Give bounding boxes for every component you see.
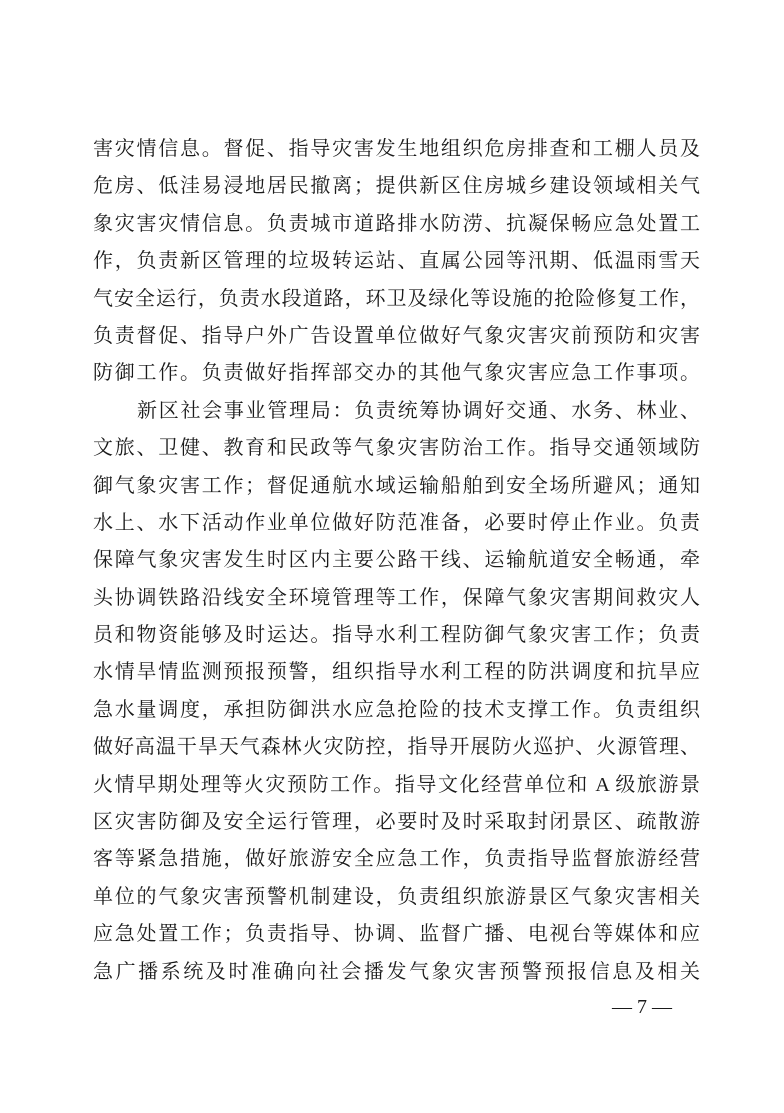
body-text-line: 头协调铁路沿线安全环境管理等工作，保障气象灾害期间救灾人 — [93, 580, 700, 617]
body-text-line: 御气象灾害工作；督促通航水域运输船舶到安全场所避风；通知 — [93, 468, 700, 505]
body-text-line: 单位的气象灾害预警机制建设，负责组织旅游景区气象灾害相关 — [93, 879, 700, 916]
body-text-line: 象灾害灾情信息。负责城市道路排水防涝、抗凝保畅应急处置工 — [93, 206, 700, 243]
body-text-line: 火情早期处理等火灾预防工作。指导文化经营单位和 A 级旅游景 — [93, 767, 700, 804]
page-number: — 7 — — [612, 994, 672, 1020]
body-text-line: 作，负责新区管理的垃圾转运站、直属公园等汛期、低温雨雪天 — [93, 243, 700, 280]
document-body-text: 害灾情信息。督促、指导灾害发生地组织危房排查和工棚人员及危房、低洼易浸地居民撤离… — [93, 131, 700, 991]
document-page: 害灾情信息。督促、指导灾害发生地组织危房排查和工棚人员及危房、低洼易浸地居民撤离… — [0, 0, 784, 1113]
body-text-line: 气安全运行，负责水段道路，环卫及绿化等设施的抢险修复工作， — [93, 281, 700, 318]
body-text-line: 保障气象灾害发生时区内主要公路干线、运输航道安全畅通，牵 — [93, 542, 700, 579]
body-text-line: 水情旱情监测预报预警，组织指导水利工程的防洪调度和抗旱应 — [93, 654, 700, 691]
body-text-line: 区灾害防御及安全运行管理，必要时及时采取封闭景区、疏散游 — [93, 804, 700, 841]
body-text-line: 负责督促、指导户外广告设置单位做好气象灾害灾前预防和灾害 — [93, 318, 700, 355]
body-text-line: 害灾情信息。督促、指导灾害发生地组织危房排查和工棚人员及 — [93, 131, 700, 168]
body-text-line: 防御工作。负责做好指挥部交办的其他气象灾害应急工作事项。 — [93, 355, 700, 392]
body-text-line: 做好高温干旱天气森林火灾防控，指导开展防火巡护、火源管理、 — [93, 729, 700, 766]
body-text-line: 应急处置工作；负责指导、协调、监督广播、电视台等媒体和应 — [93, 916, 700, 953]
body-text-line: 员和物资能够及时运达。指导水利工程防御气象灾害工作；负责 — [93, 617, 700, 654]
body-text-line: 危房、低洼易浸地居民撤离；提供新区住房城乡建设领域相关气 — [93, 168, 700, 205]
body-text-line: 急广播系统及时准确向社会播发气象灾害预警预报信息及相关 — [93, 954, 700, 991]
body-text-line: 文旅、卫健、教育和民政等气象灾害防治工作。指导交通领域防 — [93, 430, 700, 467]
body-text-line: 新区社会事业管理局：负责统筹协调好交通、水务、林业、 — [93, 393, 700, 430]
body-text-line: 急水量调度，承担防御洪水应急抢险的技术支撑工作。负责组织 — [93, 692, 700, 729]
body-text-line: 客等紧急措施，做好旅游安全应急工作，负责指导监督旅游经营 — [93, 841, 700, 878]
body-text-line: 水上、水下活动作业单位做好防范准备，必要时停止作业。负责 — [93, 505, 700, 542]
